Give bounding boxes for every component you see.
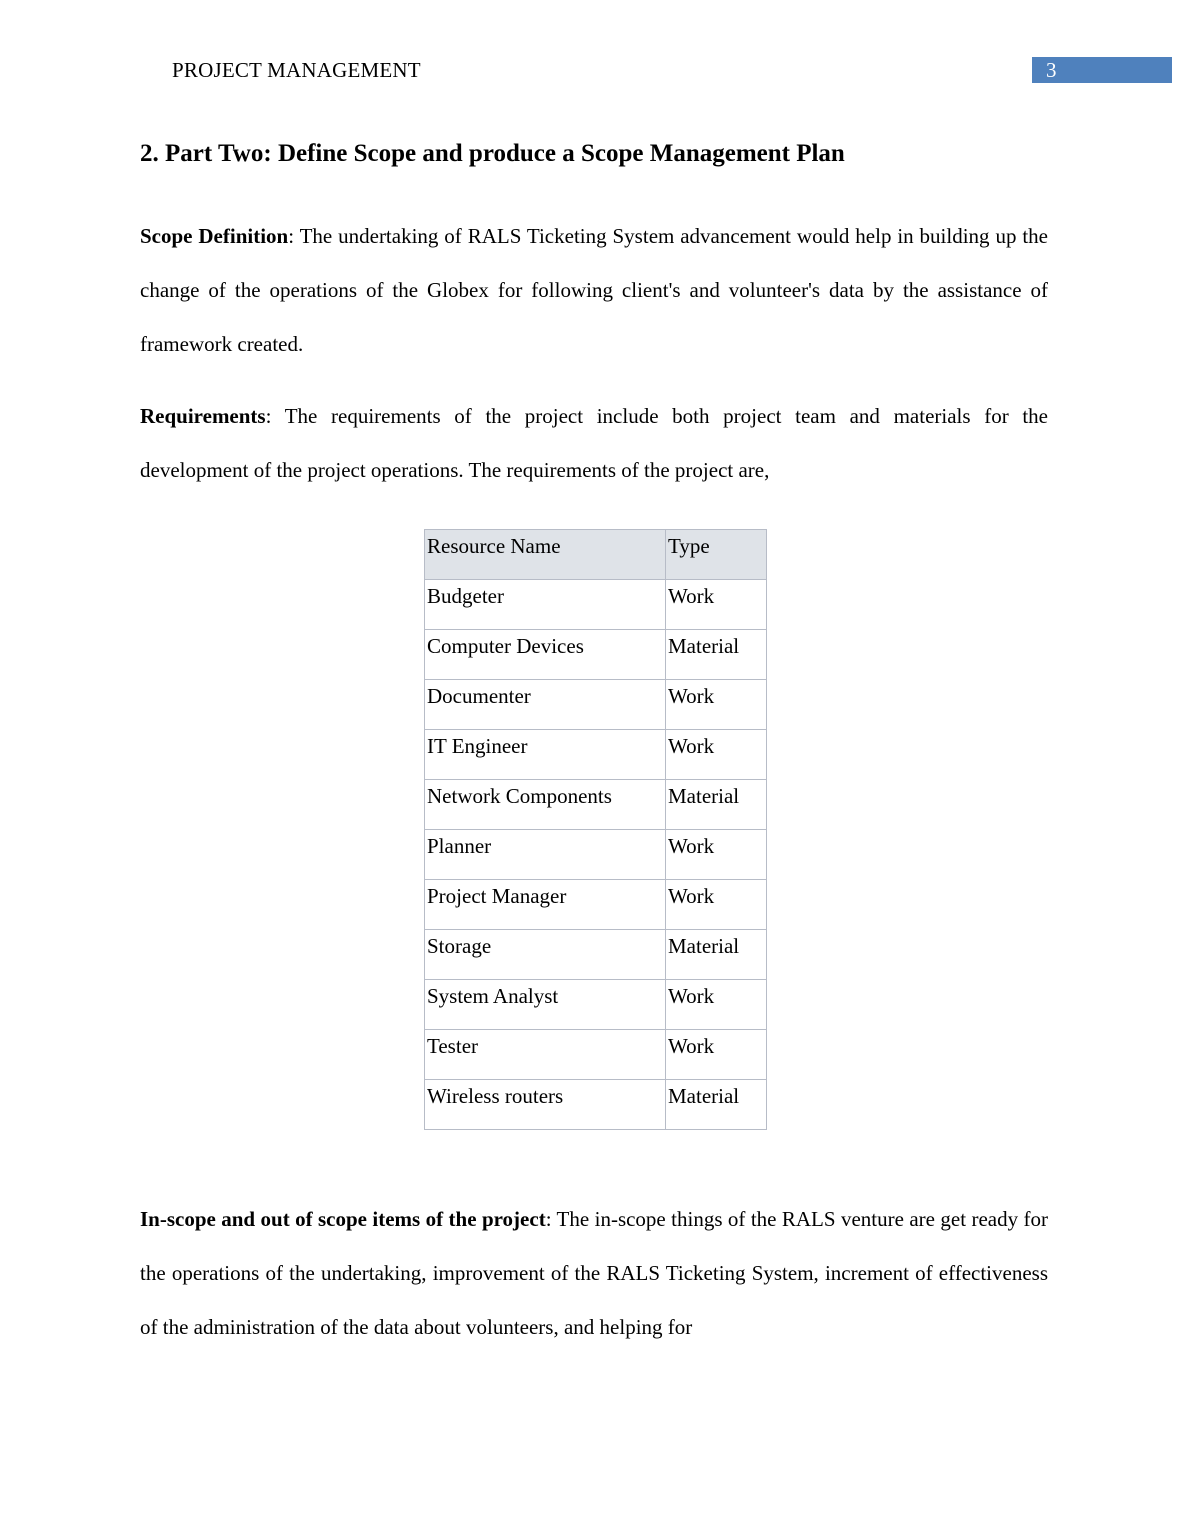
resource-name-cell: Project Manager: [425, 880, 666, 930]
table-row: TesterWork: [425, 1030, 767, 1080]
table-row: Wireless routersMaterial: [425, 1080, 767, 1130]
resource-name-cell: Wireless routers: [425, 1080, 666, 1130]
resource-type-cell: Material: [666, 930, 767, 980]
table-row: Project ManagerWork: [425, 880, 767, 930]
column-header-type: Type: [666, 530, 767, 580]
resource-type-cell: Work: [666, 980, 767, 1030]
resource-name-cell: Storage: [425, 930, 666, 980]
table-row: System AnalystWork: [425, 980, 767, 1030]
resource-type-cell: Material: [666, 1080, 767, 1130]
resource-type-cell: Work: [666, 580, 767, 630]
table-row: StorageMaterial: [425, 930, 767, 980]
scope-definition-label: Scope Definition: [140, 224, 288, 248]
table-row: BudgeterWork: [425, 580, 767, 630]
resource-type-cell: Work: [666, 880, 767, 930]
resource-name-cell: Tester: [425, 1030, 666, 1080]
table-row: Computer DevicesMaterial: [425, 630, 767, 680]
resource-name-cell: Computer Devices: [425, 630, 666, 680]
page-number-badge: 3: [1032, 57, 1172, 83]
resource-type-cell: Work: [666, 730, 767, 780]
running-header: PROJECT MANAGEMENT: [172, 58, 421, 83]
column-header-resource-name: Resource Name: [425, 530, 666, 580]
requirements-label: Requirements: [140, 404, 266, 428]
resource-name-cell: Budgeter: [425, 580, 666, 630]
requirements-text: : The requirements of the project includ…: [140, 404, 1048, 482]
resource-name-cell: IT Engineer: [425, 730, 666, 780]
table-row: Network ComponentsMaterial: [425, 780, 767, 830]
resource-name-cell: Network Components: [425, 780, 666, 830]
resource-type-cell: Work: [666, 680, 767, 730]
resource-name-cell: Planner: [425, 830, 666, 880]
scope-definition-paragraph: Scope Definition: The undertaking of RAL…: [140, 209, 1048, 371]
section-heading: 2. Part Two: Define Scope and produce a …: [140, 140, 845, 168]
resource-name-cell: System Analyst: [425, 980, 666, 1030]
table-header-row: Resource Name Type: [425, 530, 767, 580]
resource-type-cell: Work: [666, 1030, 767, 1080]
table-row: PlannerWork: [425, 830, 767, 880]
resource-type-cell: Material: [666, 780, 767, 830]
table-row: IT EngineerWork: [425, 730, 767, 780]
resource-type-cell: Material: [666, 630, 767, 680]
resource-type-cell: Work: [666, 830, 767, 880]
in-scope-paragraph: In-scope and out of scope items of the p…: [140, 1192, 1048, 1354]
resource-table: Resource Name Type BudgeterWorkComputer …: [424, 529, 767, 1130]
table-row: DocumenterWork: [425, 680, 767, 730]
resource-name-cell: Documenter: [425, 680, 666, 730]
in-scope-label: In-scope and out of scope items of the p…: [140, 1207, 546, 1231]
requirements-paragraph: Requirements: The requirements of the pr…: [140, 389, 1048, 497]
